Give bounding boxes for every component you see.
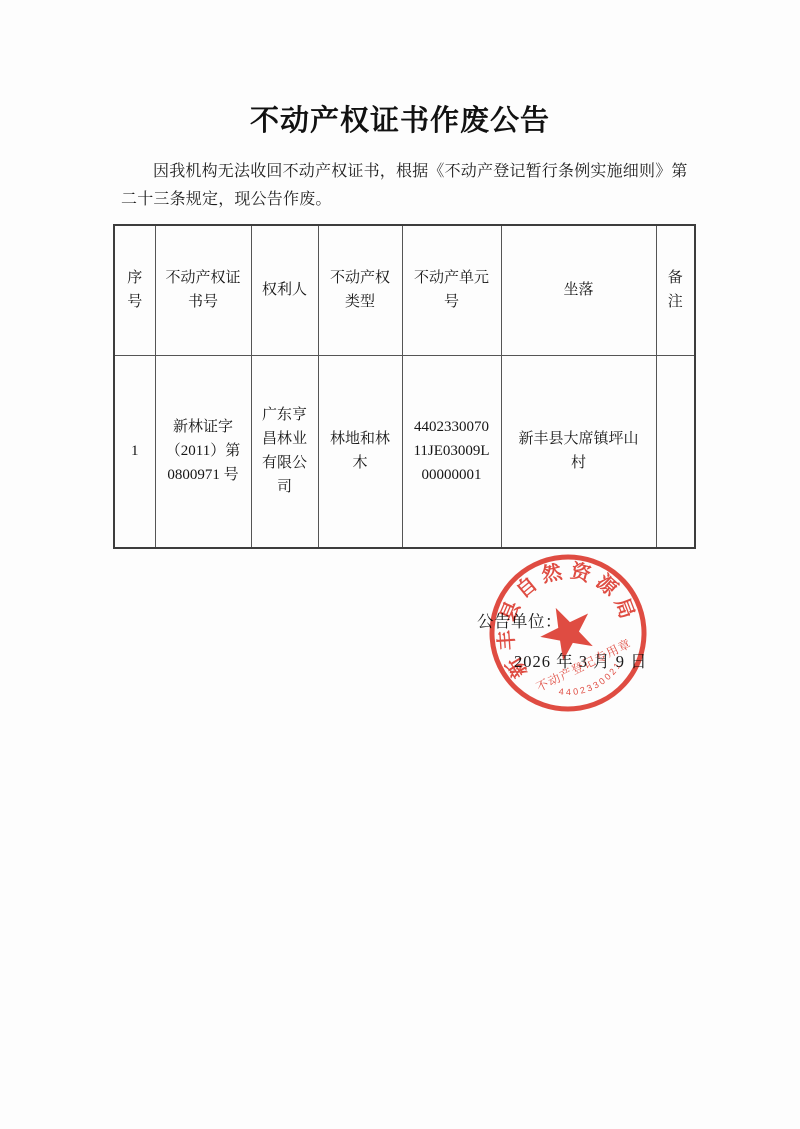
announcement-body: 因我机构无法收回不动产权证书，根据《不动产登记暂行条例实施细则》第二十三条规定，…	[121, 158, 689, 214]
table-header-row: 序号 不动产权证书号 权利人 不动产权类型 不动产单元号 坐落 备注	[114, 225, 695, 355]
announcer-label: 公告单位：	[477, 608, 562, 632]
cell-location: 新丰县大席镇坪山村	[501, 355, 656, 548]
cell-seq: 1	[114, 355, 155, 548]
header-right-type: 不动产权类型	[318, 225, 402, 355]
header-location: 坐落	[501, 225, 656, 355]
document-title: 不动产权证书作废公告	[0, 98, 800, 139]
announcement-date: 2026 年 3 月 9 日	[514, 648, 648, 672]
cell-note	[656, 355, 695, 548]
cell-unit-no: 440233007011JE03009L00000001	[402, 355, 501, 548]
header-cert-no: 不动产权证书号	[155, 225, 251, 355]
table-row: 1 新林证字（2011）第0800971 号 广东亨昌林业有限公司 林地和林木 …	[114, 355, 695, 548]
cell-right-type: 林地和林木	[318, 355, 402, 548]
cell-cert-no: 新林证字（2011）第0800971 号	[155, 355, 251, 548]
cell-holder: 广东亨昌林业有限公司	[251, 355, 318, 548]
seal-ring-icon	[466, 531, 669, 734]
certificates-table: 序号 不动产权证书号 权利人 不动产权类型 不动产单元号 坐落 备注 1 新林证…	[113, 224, 696, 549]
header-unit-no: 不动产单元号	[402, 225, 501, 355]
header-seq: 序号	[114, 225, 155, 355]
document-page: 不动产权证书作废公告 因我机构无法收回不动产权证书，根据《不动产登记暂行条例实施…	[0, 0, 800, 1129]
header-note: 备注	[656, 225, 695, 355]
certificates-table-wrapper: 序号 不动产权证书号 权利人 不动产权类型 不动产单元号 坐落 备注 1 新林证…	[113, 224, 696, 549]
header-holder: 权利人	[251, 225, 318, 355]
